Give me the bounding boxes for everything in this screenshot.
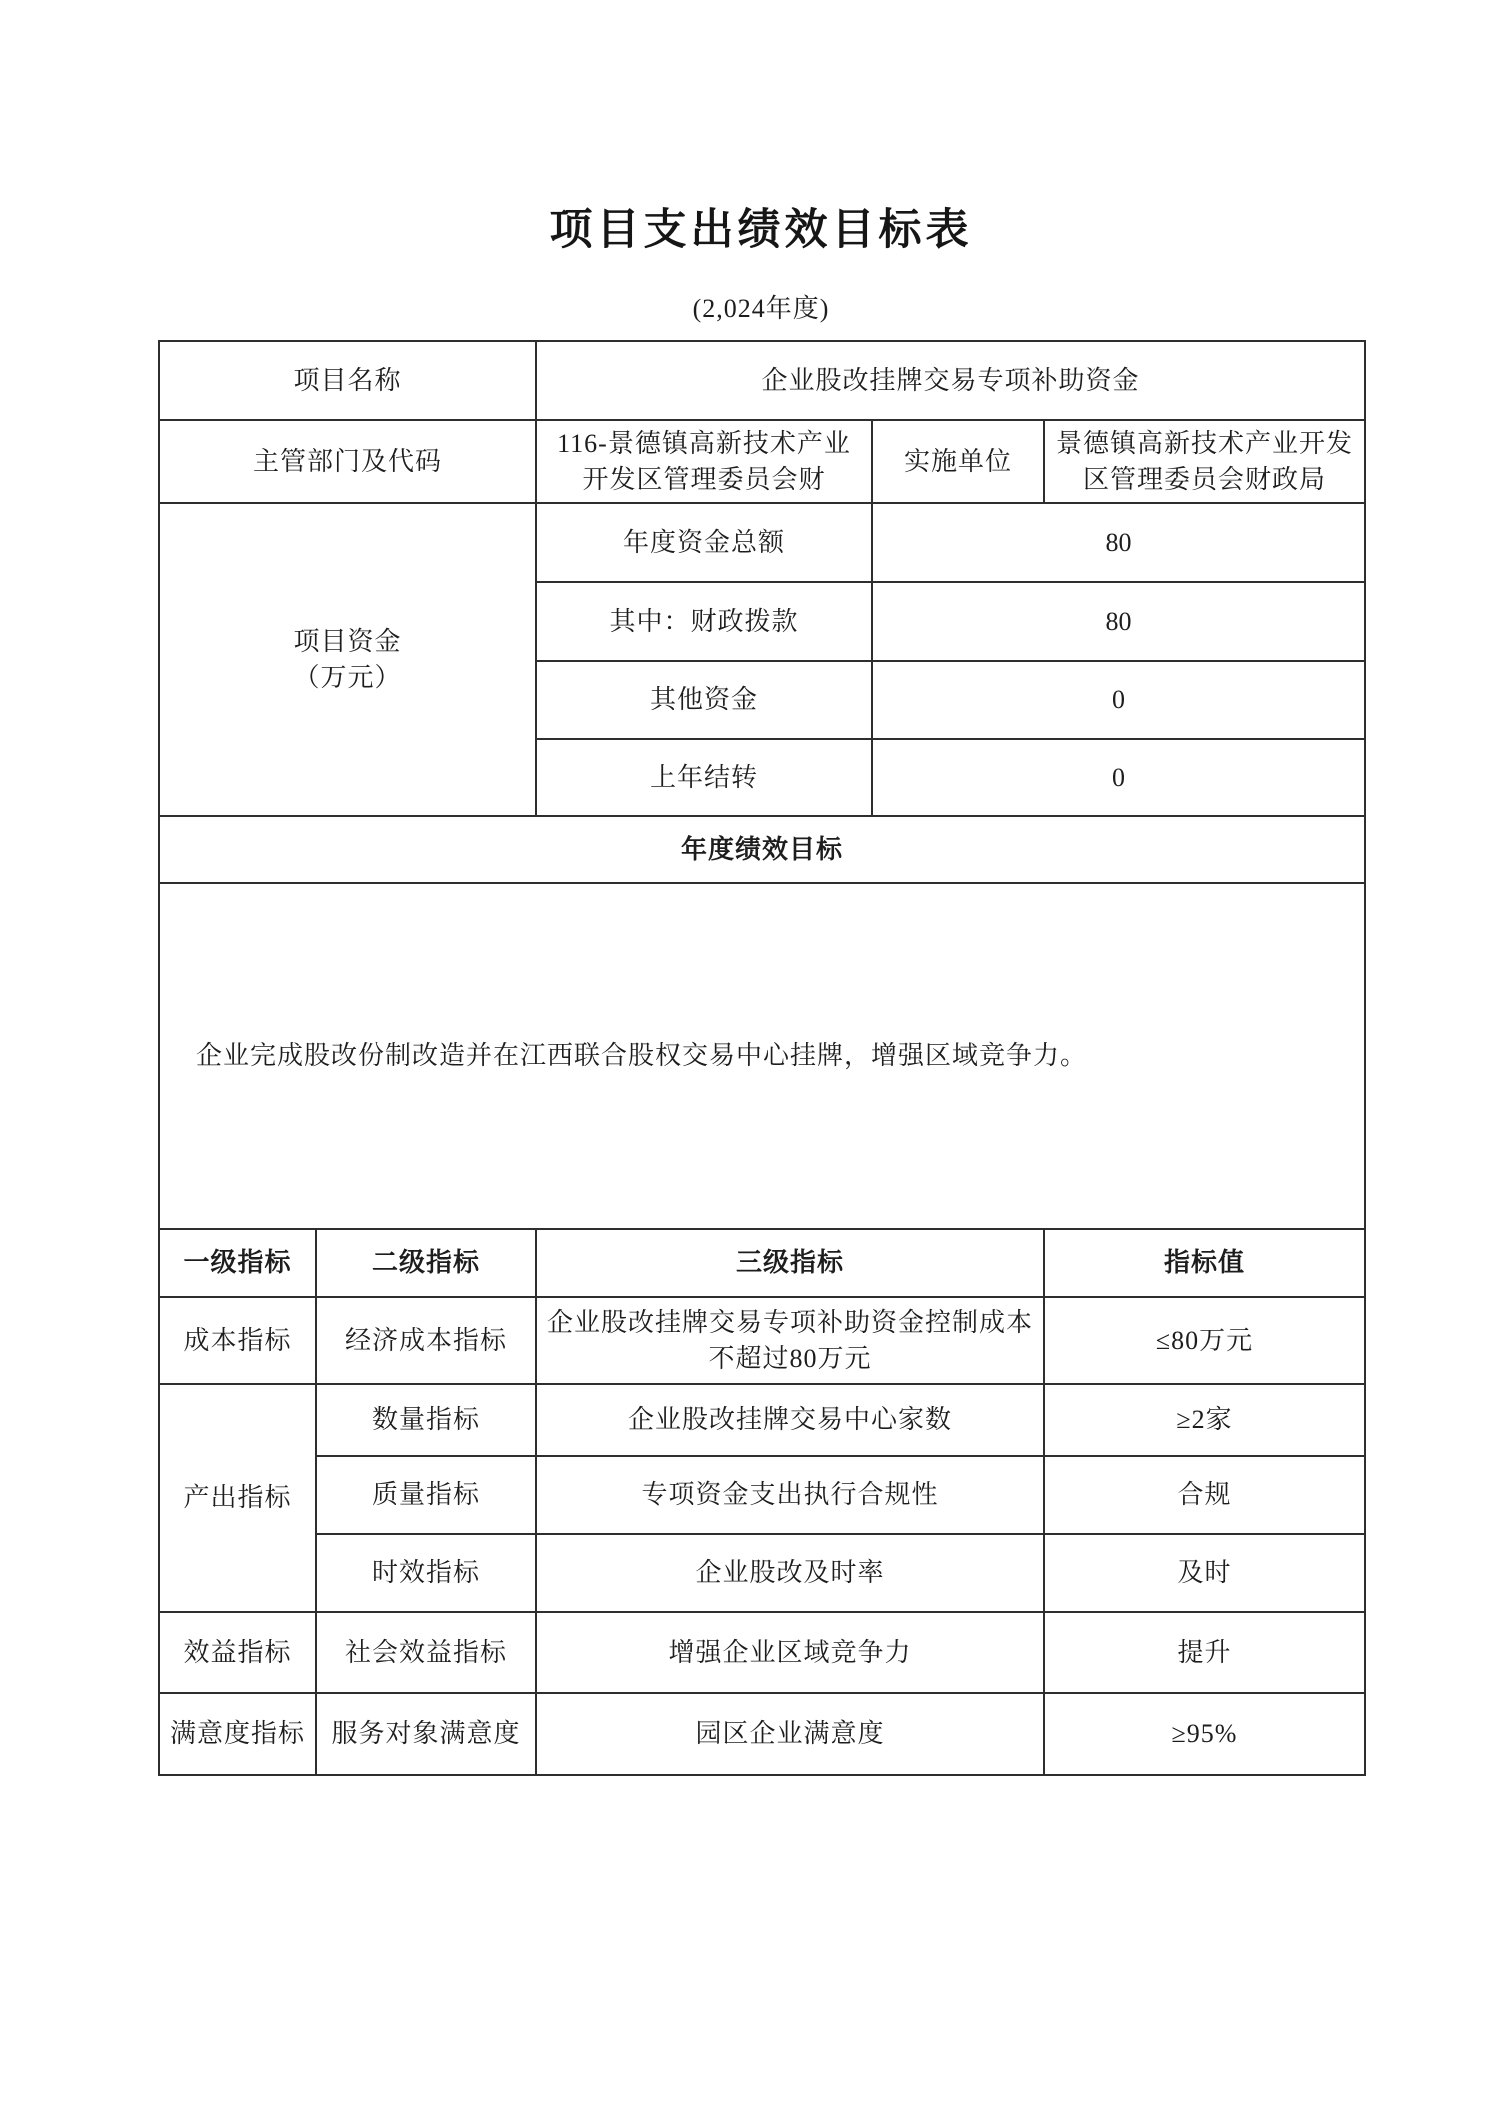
indicator-header-row: 一级指标 二级指标 三级指标 指标值 (159, 1229, 1365, 1297)
level2-cell: 经济成本指标 (316, 1297, 536, 1384)
document-page: 项目支出绩效目标表 (2,024年度) 项目名称 企业股改挂牌交易专项补助资金 … (158, 0, 1364, 1776)
table-row: 质量指标 专项资金支出执行合规性 合规 (159, 1456, 1365, 1534)
table-row: 满意度指标 服务对象满意度 园区企业满意度 ≥95% (159, 1693, 1365, 1775)
value-cell: 及时 (1044, 1534, 1365, 1612)
level2-cell: 社会效益指标 (316, 1612, 536, 1693)
indicator-table: 一级指标 二级指标 三级指标 指标值 成本指标 经济成本指标 企业股改挂牌交易专… (158, 1228, 1366, 1776)
level1-cell: 产出指标 (159, 1384, 316, 1612)
header-value: 指标值 (1044, 1229, 1365, 1297)
impl-unit-label: 实施单位 (872, 420, 1044, 503)
level1-cell: 满意度指标 (159, 1693, 316, 1775)
value-cell: ≥95% (1044, 1693, 1365, 1775)
fund-row-label: 年度资金总额 (536, 503, 872, 582)
header-level2: 二级指标 (316, 1229, 536, 1297)
project-name-value: 企业股改挂牌交易专项补助资金 (536, 341, 1365, 420)
dept-label: 主管部门及代码 (159, 420, 536, 503)
level2-cell: 服务对象满意度 (316, 1693, 536, 1775)
table-row: 项目资金 （万元） 年度资金总额 80 (159, 503, 1365, 582)
value-cell: ≥2家 (1044, 1384, 1365, 1456)
table-row: 年度绩效目标 (159, 816, 1365, 883)
level3-cell: 园区企业满意度 (536, 1693, 1044, 1775)
fund-label-line2: （万元） (293, 663, 401, 692)
fund-row-value: 0 (872, 739, 1365, 816)
project-name-label: 项目名称 (159, 341, 536, 420)
header-level3: 三级指标 (536, 1229, 1044, 1297)
value-cell: 合规 (1044, 1456, 1365, 1534)
fund-label-line1: 项目资金 (293, 627, 401, 656)
level3-cell: 专项资金支出执行合规性 (536, 1456, 1044, 1534)
value-cell: ≤80万元 (1044, 1297, 1365, 1384)
dept-code-value: 116-景德镇高新技术产业开发区管理委员会财 (536, 420, 872, 503)
impl-unit-value: 景德镇高新技术产业开发区管理委员会财政局 (1044, 420, 1365, 503)
header-level1: 一级指标 (159, 1229, 316, 1297)
fund-row-value: 80 (872, 503, 1365, 582)
level3-cell: 企业股改及时率 (536, 1534, 1044, 1612)
table-row: 企业完成股改份制改造并在江西联合股权交易中心挂牌，增强区域竞争力。 (159, 883, 1365, 1229)
level3-cell: 企业股改挂牌交易专项补助资金控制成本不超过80万元 (536, 1297, 1044, 1384)
annual-target-header: 年度绩效目标 (159, 816, 1365, 883)
fund-row-value: 0 (872, 661, 1365, 739)
table-row: 成本指标 经济成本指标 企业股改挂牌交易专项补助资金控制成本不超过80万元 ≤8… (159, 1297, 1365, 1384)
fund-row-value: 80 (872, 582, 1365, 661)
value-cell: 提升 (1044, 1612, 1365, 1693)
table-row: 项目名称 企业股改挂牌交易专项补助资金 (159, 341, 1365, 420)
table-row: 主管部门及代码 116-景德镇高新技术产业开发区管理委员会财 实施单位 景德镇高… (159, 420, 1365, 503)
table-row: 效益指标 社会效益指标 增强企业区域竞争力 提升 (159, 1612, 1365, 1693)
annual-target-content: 企业完成股改份制改造并在江西联合股权交易中心挂牌，增强区域竞争力。 (159, 883, 1365, 1229)
level2-cell: 时效指标 (316, 1534, 536, 1612)
level1-cell: 效益指标 (159, 1612, 316, 1693)
page-subtitle: (2,024年度) (158, 288, 1364, 325)
level3-cell: 企业股改挂牌交易中心家数 (536, 1384, 1044, 1456)
level3-cell: 增强企业区域竞争力 (536, 1612, 1044, 1693)
table-row: 产出指标 数量指标 企业股改挂牌交易中心家数 ≥2家 (159, 1384, 1365, 1456)
fund-row-label: 其中：财政拨款 (536, 582, 872, 661)
level2-cell: 质量指标 (316, 1456, 536, 1534)
project-info-table: 项目名称 企业股改挂牌交易专项补助资金 主管部门及代码 116-景德镇高新技术产… (158, 340, 1366, 1230)
page-title: 项目支出绩效目标表 (158, 196, 1364, 257)
fund-label: 项目资金 （万元） (159, 503, 536, 816)
table-row: 时效指标 企业股改及时率 及时 (159, 1534, 1365, 1612)
level2-cell: 数量指标 (316, 1384, 536, 1456)
level1-cell: 成本指标 (159, 1297, 316, 1384)
fund-row-label: 上年结转 (536, 739, 872, 816)
fund-row-label: 其他资金 (536, 661, 872, 739)
